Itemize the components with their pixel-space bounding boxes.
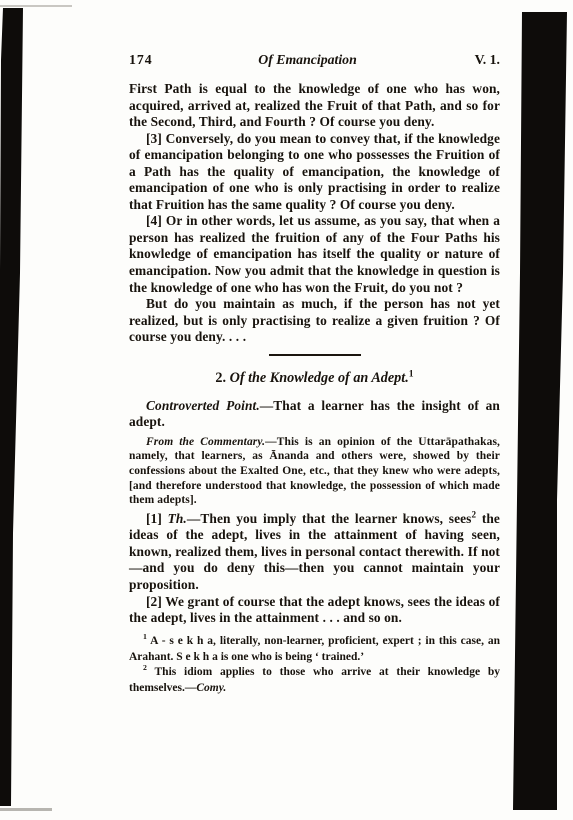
scan-edge-artifact-top	[0, 5, 72, 7]
paragraph: [3] Conversely, do you mean to convey th…	[129, 131, 500, 214]
paragraph: [4] Or in other words, let us assume, as…	[129, 213, 500, 296]
text-segment: A - s e k h a, literally, non-learner, p…	[129, 635, 500, 663]
text-segment: Controverted Point.	[146, 398, 260, 413]
volume-label: V. 1.	[475, 52, 500, 68]
text-segment: Comy.	[196, 682, 226, 694]
paragraph: Controverted Point.—That a learner has t…	[129, 398, 500, 431]
section-heading: 2. Of the Knowledge of an Adept.1	[129, 370, 500, 387]
text-segment: But do you maintain as much, if the pers…	[129, 296, 500, 344]
footnote: 2 This idiom applies to those who arrive…	[129, 665, 500, 697]
paragraph: But do you maintain as much, if the pers…	[129, 296, 500, 346]
scan-edge-artifact-bottom	[0, 808, 52, 811]
text-segment: [2] We grant of course that the adept kn…	[129, 594, 500, 626]
paragraph: From the Commentary.—This is an opinion …	[129, 435, 500, 508]
text-segment: 2.	[215, 370, 229, 386]
text-segment: Th.	[168, 511, 187, 526]
footnote-marker: 1	[409, 368, 414, 379]
page-body: First Path is equal to the knowledge of …	[129, 81, 500, 697]
text-segment: [4] Or in other words, let us assume, as…	[129, 213, 500, 294]
page-content: 174 Of Emancipation V. 1. First Path is …	[129, 52, 500, 697]
running-head: 174 Of Emancipation V. 1.	[129, 52, 500, 70]
scanned-book-page: 174 Of Emancipation V. 1. First Path is …	[0, 0, 573, 820]
text-segment: [3] Conversely, do you mean to convey th…	[129, 131, 500, 212]
paragraph: [1] Th.—Then you imply that the learner …	[129, 511, 500, 594]
text-segment: [1]	[146, 511, 168, 526]
text-segment: Of the Knowledge of an Adept.	[230, 370, 409, 386]
paragraph: First Path is equal to the knowledge of …	[129, 81, 500, 131]
running-head-title: Of Emancipation	[129, 52, 486, 68]
text-segment: First Path is equal to the knowledge of …	[129, 81, 500, 129]
footnote: 1 A - s e k h a, literally, non-learner,…	[129, 634, 500, 666]
scan-black-band-right	[513, 12, 567, 810]
section-divider	[269, 354, 361, 356]
text-segment: —Then you imply that the learner knows, …	[187, 511, 472, 526]
text-segment: This idiom applies to those who arrive a…	[129, 666, 500, 694]
paragraph: [2] We grant of course that the adept kn…	[129, 594, 500, 627]
scan-black-band-left	[0, 8, 23, 806]
text-segment: From the Commentary.	[146, 436, 265, 448]
